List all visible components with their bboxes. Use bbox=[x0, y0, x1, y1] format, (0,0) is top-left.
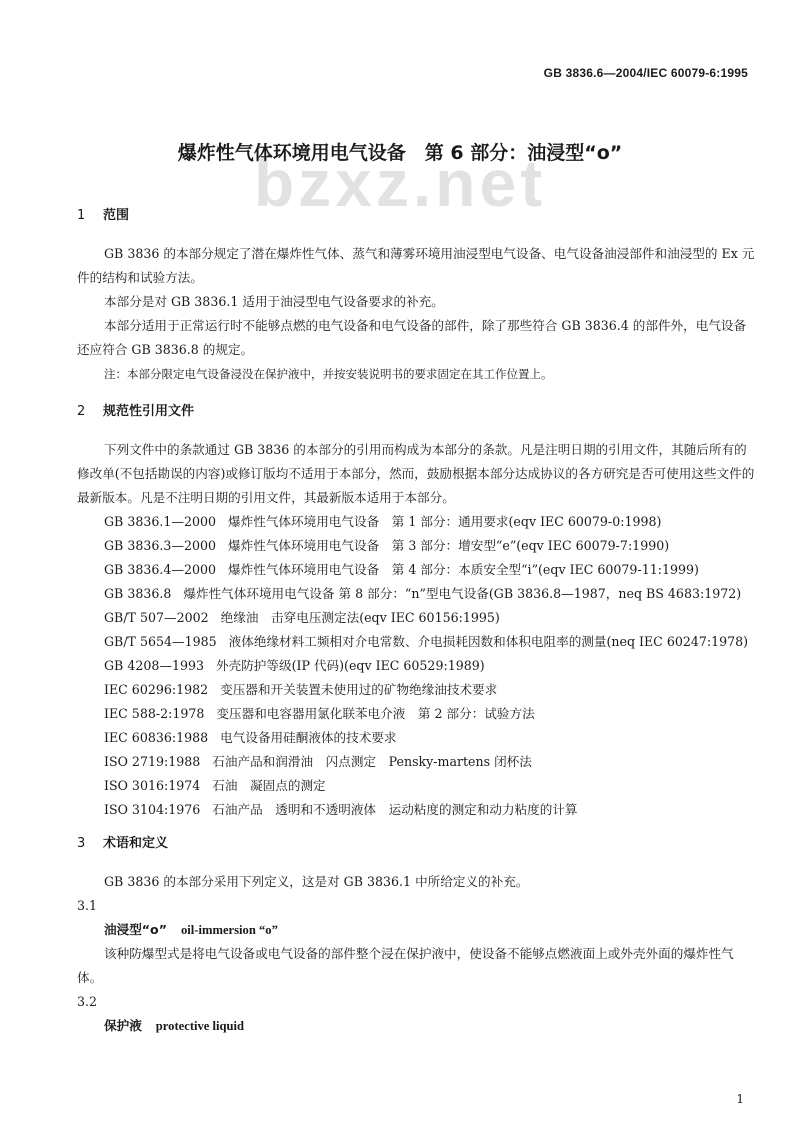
reference-code: GB 4208—1993 bbox=[104, 658, 204, 673]
document-title: 爆炸性气体环境用电气设备 第 6 部分：油浸型“o” bbox=[0, 138, 800, 165]
reference-title: 外壳防护等级(IP 代码)(eqv IEC 60529:1989) bbox=[216, 658, 485, 673]
reference-item: IEC 588-2:1978变压器和电容器用氯化联苯电介液 第 2 部分：试验方… bbox=[77, 702, 757, 726]
note: 注：本部分限定电气设备浸没在保护液中，并按安装说明书的要求固定在其工作位置上。 bbox=[77, 362, 757, 386]
term-en: protective liquid bbox=[156, 1019, 244, 1033]
reference-code: GB 3836.4—2000 bbox=[104, 562, 216, 577]
section-title: 范围 bbox=[103, 208, 129, 223]
reference-item: GB 3836.3—2000爆炸性气体环境用电气设备 第 3 部分：增安型“e”… bbox=[77, 534, 757, 558]
section-title: 规范性引用文件 bbox=[103, 404, 194, 419]
reference-code: ISO 2719:1988 bbox=[104, 754, 200, 769]
reference-title: 石油产品 透明和不透明液体 运动粘度的测定和动力粘度的计算 bbox=[212, 802, 577, 817]
reference-item: GB 3836.4—2000爆炸性气体环境用电气设备 第 4 部分：本质安全型“… bbox=[77, 558, 757, 582]
term-number: 3.2 bbox=[77, 990, 757, 1014]
section-number: 2 bbox=[77, 400, 103, 424]
reference-title: 石油产品和润滑油 闪点测定 Pensky-martens 闭杯法 bbox=[212, 754, 532, 769]
reference-item: ISO 3016:1974石油 凝固点的测定 bbox=[77, 774, 757, 798]
section-title: 术语和定义 bbox=[103, 836, 168, 851]
reference-title: 石油 凝固点的测定 bbox=[212, 778, 325, 793]
reference-title: 变压器和开关装置未使用过的矿物绝缘油技术要求 bbox=[220, 682, 497, 697]
reference-title: 电气设备用硅酮液体的技术要求 bbox=[220, 730, 396, 745]
reference-code: GB 3836.1—2000 bbox=[104, 514, 216, 529]
paragraph: 下列文件中的条款通过 GB 3836 的本部分的引用而构成为本部分的条款。凡是注… bbox=[77, 438, 757, 510]
paragraph: 本部分适用于正常运行时不能够点燃的电气设备和电气设备的部件，除了那些符合 GB … bbox=[77, 314, 757, 362]
paragraph: GB 3836 的本部分采用下列定义，这是对 GB 3836.1 中所给定义的补… bbox=[77, 870, 757, 894]
reference-item: GB/T 5654—1985液体绝缘材料工频相对介电常数、介电损耗因数和体积电阻… bbox=[77, 630, 757, 654]
term-definition: 该种防爆型式是将电气设备或电气设备的部件整个浸在保护液中，使设备不能够点燃液面上… bbox=[77, 942, 757, 990]
section-1-heading: 1范围 bbox=[77, 204, 757, 228]
term-number: 3.1 bbox=[77, 894, 757, 918]
reference-code: ISO 3016:1974 bbox=[104, 778, 200, 793]
term-zh: 保护液 bbox=[104, 1018, 142, 1033]
reference-code: IEC 60296:1982 bbox=[104, 682, 208, 697]
section-2-heading: 2规范性引用文件 bbox=[77, 400, 757, 424]
section-number: 1 bbox=[77, 204, 103, 228]
standard-code: GB 3836.6—2004/IEC 60079-6:1995 bbox=[544, 66, 748, 80]
document-page: GB 3836.6—2004/IEC 60079-6:1995 bzxz.net… bbox=[0, 0, 800, 1134]
reference-title: 爆炸性气体环境用电气设备 第 3 部分：增安型“e”(eqv IEC 60079… bbox=[228, 538, 669, 553]
reference-code: GB 3836.3—2000 bbox=[104, 538, 216, 553]
reference-title: 爆炸性气体环境用电气设备 第 8 部分：“n”型电气设备(GB 3836.8—1… bbox=[183, 586, 741, 601]
term-en: oil-immersion “o” bbox=[181, 923, 278, 937]
reference-code: IEC 588-2:1978 bbox=[104, 706, 204, 721]
reference-item: ISO 2719:1988石油产品和润滑油 闪点测定 Pensky-marten… bbox=[77, 750, 757, 774]
reference-title: 液体绝缘材料工频相对介电常数、介电损耗因数和体积电阻率的测量(neq IEC 6… bbox=[229, 634, 748, 649]
reference-code: GB 3836.8 bbox=[104, 586, 171, 601]
reference-title: 绝缘油 击穿电压测定法(eqv IEC 60156:1995) bbox=[221, 610, 500, 625]
term-heading: 油浸型“o”oil-immersion “o” bbox=[77, 918, 757, 942]
section-3-heading: 3术语和定义 bbox=[77, 832, 757, 856]
document-body: 1范围 GB 3836 的本部分规定了潜在爆炸性气体、蒸气和薄雾环境用油浸型电气… bbox=[77, 204, 757, 1038]
reference-code: GB/T 507—2002 bbox=[104, 610, 209, 625]
reference-item: ISO 3104:1976石油产品 透明和不透明液体 运动粘度的测定和动力粘度的… bbox=[77, 798, 757, 822]
paragraph: GB 3836 的本部分规定了潜在爆炸性气体、蒸气和薄雾环境用油浸型电气设备、电… bbox=[77, 242, 757, 290]
reference-item: IEC 60296:1982变压器和开关装置未使用过的矿物绝缘油技术要求 bbox=[77, 678, 757, 702]
section-number: 3 bbox=[77, 832, 103, 856]
reference-item: IEC 60836:1988电气设备用硅酮液体的技术要求 bbox=[77, 726, 757, 750]
reference-item: GB/T 507—2002绝缘油 击穿电压测定法(eqv IEC 60156:1… bbox=[77, 606, 757, 630]
reference-code: IEC 60836:1988 bbox=[104, 730, 208, 745]
term-heading: 保护液protective liquid bbox=[77, 1014, 757, 1038]
page-number: 1 bbox=[736, 1092, 744, 1106]
term-zh: 油浸型“o” bbox=[104, 922, 167, 937]
paragraph: 本部分是对 GB 3836.1 适用于油浸型电气设备要求的补充。 bbox=[77, 290, 757, 314]
reference-title: 变压器和电容器用氯化联苯电介液 第 2 部分：试验方法 bbox=[216, 706, 534, 721]
reference-title: 爆炸性气体环境用电气设备 第 4 部分：本质安全型“i”(eqv IEC 600… bbox=[228, 562, 699, 577]
reference-title: 爆炸性气体环境用电气设备 第 1 部分：通用要求(eqv IEC 60079-0… bbox=[228, 514, 661, 529]
reference-code: GB/T 5654—1985 bbox=[104, 634, 217, 649]
reference-item: GB 3836.8爆炸性气体环境用电气设备 第 8 部分：“n”型电气设备(GB… bbox=[77, 582, 757, 606]
reference-item: GB 3836.1—2000爆炸性气体环境用电气设备 第 1 部分：通用要求(e… bbox=[77, 510, 757, 534]
reference-item: GB 4208—1993外壳防护等级(IP 代码)(eqv IEC 60529:… bbox=[77, 654, 757, 678]
reference-code: ISO 3104:1976 bbox=[104, 802, 200, 817]
